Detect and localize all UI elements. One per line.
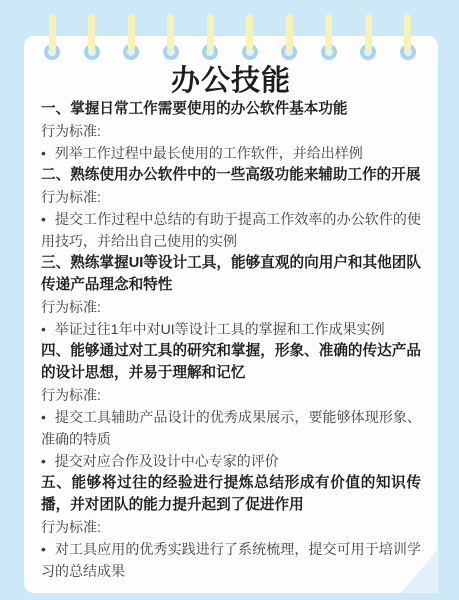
skill-heading: 三、熟练掌握UI等设计工具，能够直观的向用户和其他团队传递产品理念和特性 [41, 252, 421, 296]
page-title: 办公技能 [41, 36, 421, 98]
criteria-bullets: • 举证过往1年中对UI等设计工具的掌握和工作成果实例 [41, 318, 421, 340]
skill-heading: 五、能够将过往的经验进行提炼总结形成有价值的知识传播，并对团队的能力提升起到了促… [41, 472, 421, 516]
bullet-icon: • [41, 145, 51, 161]
bullet-text: 提交工作过程中总结的有助于提高工作效率的办公软件的使用技巧，并给出自己使用的实例 [41, 211, 421, 249]
skill-item: 五、能够将过往的经验进行提炼总结形成有价值的知识传播，并对团队的能力提升起到了促… [41, 472, 421, 582]
skill-item: 一、掌握日常工作需要使用的办公软件基本功能 行为标准: • 列举工作过程中最长使… [41, 98, 421, 164]
bullet-icon: • [41, 321, 51, 337]
skill-heading: 一、掌握日常工作需要使用的办公软件基本功能 [41, 98, 421, 120]
bullet-icon: • [41, 453, 51, 469]
bullet-icon: • [41, 211, 51, 227]
criteria-bullet: • 对工具应用的优秀实践进行了系统梳理，提交可用于培训学习的总结成果 [41, 538, 421, 582]
bullet-icon: • [41, 541, 51, 557]
skill-item: 二、熟练使用办公软件中的一些高级功能来辅助工作的开展 行为标准: • 提交工作过… [41, 164, 421, 252]
criteria-bullets: • 提交工具辅助产品设计的优秀成果展示，要能够体现形象、准确的特质 • 提交对应… [41, 406, 421, 472]
criteria-bullets: • 对工具应用的优秀实践进行了系统梳理，提交可用于培训学习的总结成果 [41, 538, 421, 582]
note-page: { "title": "办公技能", "bullet_marker": "•",… [0, 0, 459, 600]
criteria-bullet: • 举证过往1年中对UI等设计工具的掌握和工作成果实例 [41, 318, 421, 340]
bullet-icon: • [41, 409, 51, 425]
skill-heading: 二、熟练使用办公软件中的一些高级功能来辅助工作的开展 [41, 164, 421, 186]
criteria-bullet: • 列举工作过程中最长使用的工作软件，并给出样例 [41, 142, 421, 164]
criteria-bullets: • 列举工作过程中最长使用的工作软件，并给出样例 [41, 142, 421, 164]
skill-list: 一、掌握日常工作需要使用的办公软件基本功能 行为标准: • 列举工作过程中最长使… [41, 98, 421, 582]
skill-item: 四、能够通过对工具的研究和掌握，形象、准确的传达产品的设计思想，并易于理解和记忆… [41, 340, 421, 472]
bullet-text: 对工具应用的优秀实践进行了系统梳理，提交可用于培训学习的总结成果 [41, 541, 421, 579]
criteria-label: 行为标准: [41, 384, 421, 406]
bullet-text: 提交对应合作及设计中心专家的评价 [55, 453, 279, 469]
criteria-bullet: • 提交对应合作及设计中心专家的评价 [41, 450, 421, 472]
criteria-label: 行为标准: [41, 296, 421, 318]
criteria-label: 行为标准: [41, 120, 421, 142]
note-card: 办公技能 一、掌握日常工作需要使用的办公软件基本功能 行为标准: • 列举工作过… [24, 36, 438, 593]
criteria-label: 行为标准: [41, 516, 421, 538]
criteria-label: 行为标准: [41, 186, 421, 208]
bullet-text: 提交工具辅助产品设计的优秀成果展示，要能够体现形象、准确的特质 [41, 409, 421, 447]
bullet-text: 举证过往1年中对UI等设计工具的掌握和工作成果实例 [55, 321, 385, 337]
criteria-bullet: • 提交工作过程中总结的有助于提高工作效率的办公软件的使用技巧，并给出自己使用的… [41, 208, 421, 252]
bullet-text: 列举工作过程中最长使用的工作软件，并给出样例 [55, 145, 363, 161]
skill-item: 三、熟练掌握UI等设计工具，能够直观的向用户和其他团队传递产品理念和特性 行为标… [41, 252, 421, 340]
criteria-bullet: • 提交工具辅助产品设计的优秀成果展示，要能够体现形象、准确的特质 [41, 406, 421, 450]
skill-heading: 四、能够通过对工具的研究和掌握，形象、准确的传达产品的设计思想，并易于理解和记忆 [41, 340, 421, 384]
criteria-bullets: • 提交工作过程中总结的有助于提高工作效率的办公软件的使用技巧，并给出自己使用的… [41, 208, 421, 252]
